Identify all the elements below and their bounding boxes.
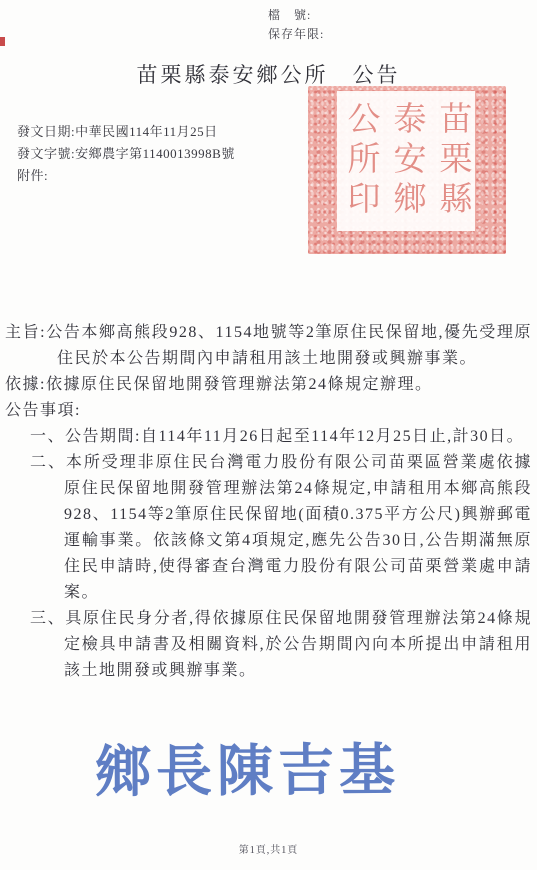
archive-labels: 檔 號: 保存年限:: [268, 6, 324, 44]
announcement-item-3: 三、具原住民身分者,得依據原住民保留地開發管理辦法第24條規定檢具申請書及相關資…: [5, 606, 532, 684]
subject-paragraph: 主旨:公告本鄉高熊段928、1154地號等2筆原住民保留地,優先受理原住民於本公…: [5, 320, 532, 372]
item-text: 公告期間:自114年11月26日起至114年12月25日止,計30日。: [65, 428, 524, 445]
basis-text: 依據原住民保留地開發管理辦法第24條規定辦理。: [46, 376, 433, 393]
page-number-footer: 第1頁,共1頁: [0, 841, 537, 856]
item-number: 一、: [30, 428, 65, 445]
announcement-document-page: 檔 號: 保存年限: 苗栗縣泰安鄉公所 公告 發文日期:中華民國114年11月2…: [0, 0, 537, 870]
item-text: 本所受理非原住民台灣電力股份有限公司苗栗區營業處依據原住民保留地開發管理辦法第2…: [64, 454, 532, 601]
retention-period-label: 保存年限:: [268, 25, 324, 44]
subject-label: 主旨:: [5, 324, 46, 341]
attachment-line: 附件:: [17, 165, 235, 187]
attachment-label: 附件:: [17, 168, 48, 183]
subject-text: 公告本鄉高熊段928、1154地號等2筆原住民保留地,優先受理原住民於本公告期間…: [46, 324, 532, 367]
issue-date-label: 發文日期:: [17, 124, 75, 139]
seal-text-column: 苗栗縣: [436, 101, 469, 221]
announcement-body: 主旨:公告本鄉高熊段928、1154地號等2筆原住民保留地,優先受理原住民於本公…: [5, 320, 532, 684]
seal-text-column: 公所印: [344, 101, 377, 221]
mayor-signature-stamp: 鄉長陳吉基: [95, 743, 400, 801]
file-number-label: 檔 號:: [268, 6, 324, 25]
issue-date-line: 發文日期:中華民國114年11月25日: [17, 121, 235, 143]
item-number: 二、: [30, 454, 66, 471]
items-heading: 公告事項:: [5, 398, 532, 424]
basis-paragraph: 依據:依據原住民保留地開發管理辦法第24條規定辦理。: [5, 372, 532, 398]
seal-inner-plate: 苗栗縣 泰安鄉 公所印: [337, 91, 475, 231]
basis-label: 依據:: [5, 376, 46, 393]
doc-number-label: 發文字號:: [17, 146, 75, 161]
item-number: 三、: [30, 610, 65, 627]
doc-number-line: 發文字號:安鄉農字第1140013998B號: [17, 143, 235, 165]
official-red-seal: 苗栗縣 泰安鄉 公所印: [308, 86, 506, 254]
item-text: 具原住民身分者,得依據原住民保留地開發管理辦法第24條規定檢具申請書及相關資料,…: [64, 610, 532, 679]
document-meta: 發文日期:中華民國114年11月25日 發文字號:安鄉農字第1140013998…: [17, 121, 235, 187]
doc-number-value: 安鄉農字第1140013998B號: [75, 146, 235, 161]
scan-red-mark: [0, 37, 5, 46]
seal-text-column: 泰安鄉: [390, 101, 423, 221]
announcement-item-1: 一、公告期間:自114年11月26日起至114年12月25日止,計30日。: [5, 424, 532, 450]
document-title: 苗栗縣泰安鄉公所 公告: [0, 59, 537, 89]
issue-date-value: 中華民國114年11月25日: [75, 124, 218, 139]
announcement-item-2: 二、本所受理非原住民台灣電力股份有限公司苗栗區營業處依據原住民保留地開發管理辦法…: [5, 450, 532, 606]
